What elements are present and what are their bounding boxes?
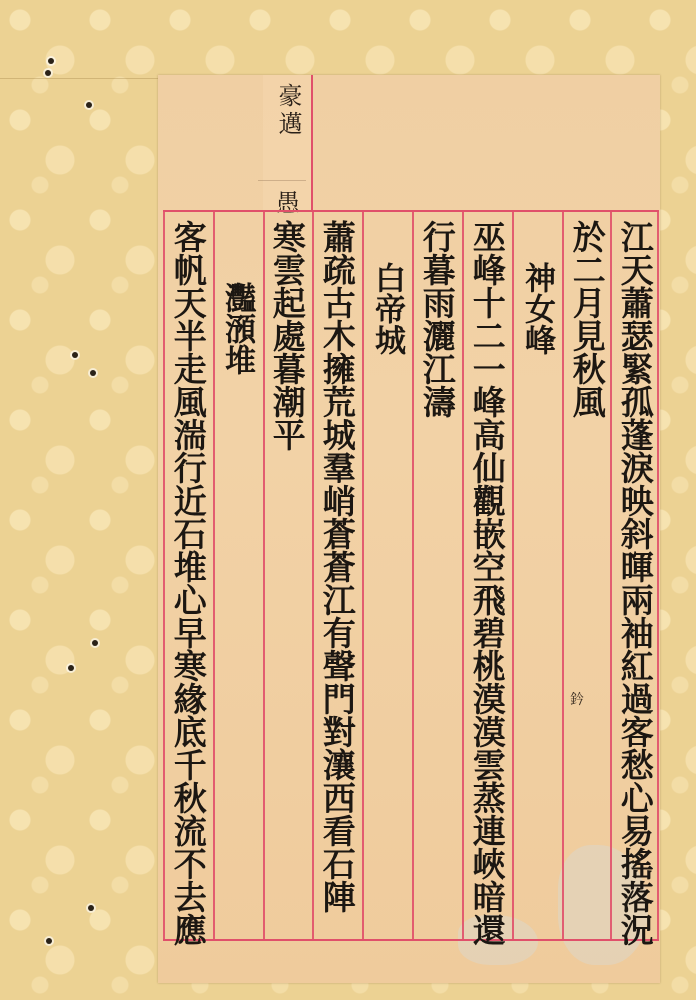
poem-title: 灩澦堆 (219, 282, 255, 375)
header-label: 豪邁 (268, 83, 308, 139)
mount-fold-line (0, 78, 160, 79)
verse-text: 巫峰十二一峰高仙觀嵌空飛碧桃漠漠雲蒸連峽暗還 (469, 220, 505, 946)
verse-text: 江天蕭瑟緊孤蓬淚映斜暉兩袖紅過客愁心易搖落況 (617, 220, 653, 946)
verse-text: 寒雲起處暮潮平 (269, 220, 305, 451)
binding-hole (86, 102, 92, 108)
verse-text: 客帆天半走風湍行近石堆心早寒緣底千秋流不去應 (170, 220, 206, 946)
poem-title-baidi-cheng: 白帝城 (363, 262, 411, 355)
poem-title: 神女峰 (519, 262, 555, 355)
binding-hole (48, 58, 54, 64)
red-ruled-grid: 江天蕭瑟緊孤蓬淚映斜暉兩袖紅過客愁心易搖落況 於二月見秋風 神女峰 巫峰十二一峰… (163, 210, 659, 941)
binding-hole (90, 370, 96, 376)
manuscript-page: 豪邁 愚 江天蕭瑟緊孤蓬淚映斜暉兩袖紅過客愁心易搖落況 於二月見秋風 神女峰 巫… (158, 75, 660, 983)
header-label-text: 豪邁 (273, 83, 303, 139)
binding-hole (68, 665, 74, 671)
binding-hole (45, 70, 51, 76)
small-seal-mark: 鈐 (570, 689, 584, 709)
text-column-5: 行暮雨灑江濤 (413, 220, 461, 418)
binding-hole (92, 640, 98, 646)
verse-text: 於二月見秋風 (569, 220, 605, 418)
binding-hole (88, 905, 94, 911)
binding-hole (46, 938, 52, 944)
text-column-8: 寒雲起處暮潮平 (263, 220, 311, 451)
text-column-7: 蕭疏古木擁荒城羣峭蒼蒼江有聲門對瀼西看石陣 (313, 220, 361, 913)
poem-title: 白帝城 (369, 262, 405, 355)
poem-title-shennu-feng: 神女峰 (513, 262, 561, 355)
binding-hole (72, 352, 78, 358)
verse-text: 蕭疏古木擁荒城羣峭蒼蒼江有聲門對瀼西看石陣 (319, 220, 355, 913)
verse-text: 行暮雨灑江濤 (419, 220, 455, 418)
text-column-10: 客帆天半走風湍行近石堆心早寒緣底千秋流不去應 (164, 220, 212, 946)
text-column-2: 於二月見秋風 (563, 220, 611, 418)
slip-divider (258, 180, 306, 181)
poem-title-yanyu-dui: 灩澦堆 (213, 282, 261, 375)
text-column-1: 江天蕭瑟緊孤蓬淚映斜暉兩袖紅過客愁心易搖落況 (611, 220, 659, 946)
text-column-4: 巫峰十二一峰高仙觀嵌空飛碧桃漠漠雲蒸連峽暗還 (463, 220, 511, 946)
